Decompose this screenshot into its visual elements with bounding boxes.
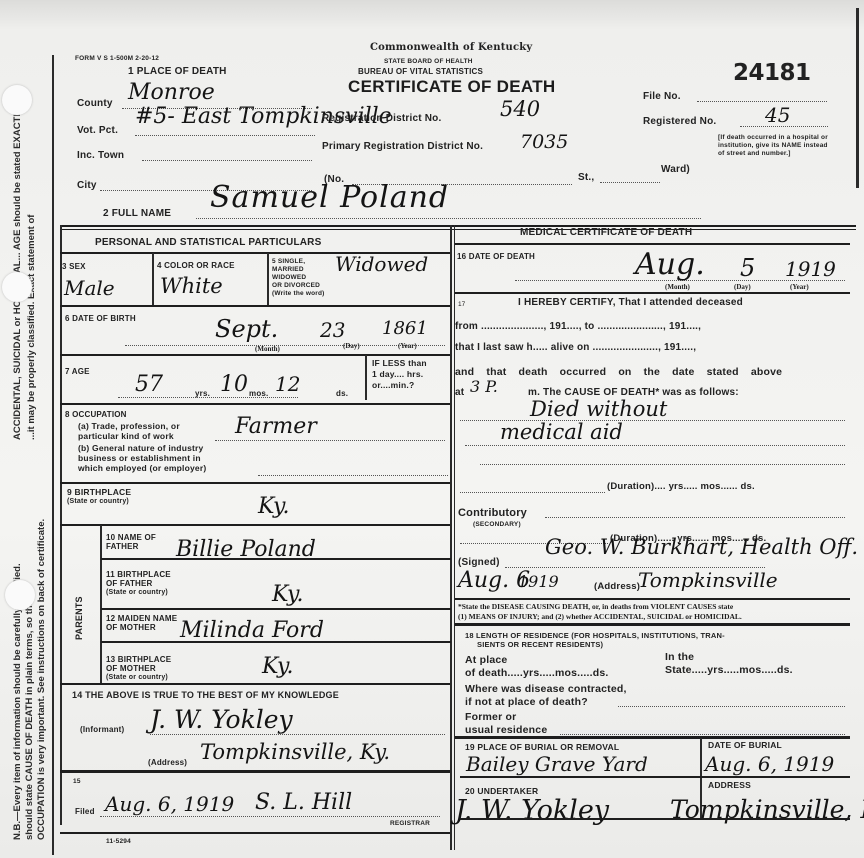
primary-registration-value: 7035	[520, 131, 568, 153]
informant-value: J. W. Yokley	[150, 705, 293, 734]
physician-address-label: (Address)	[594, 581, 640, 592]
age-days: 12	[275, 372, 300, 396]
signed-label: (Signed)	[458, 557, 500, 568]
occupation-b-label: (b) General nature of industry business …	[78, 443, 206, 473]
informant-label: (Informant)	[80, 725, 124, 734]
medical-section-title: MEDICAL CERTIFICATE OF DEATH	[520, 227, 692, 238]
city-label: City	[77, 180, 97, 191]
occupation-a-label: (a) Trade, profession, or particular kin…	[78, 421, 180, 441]
personal-section-title: PERSONAL AND STATISTICAL PARTICULARS	[95, 237, 321, 248]
cause-line-2: medical aid	[500, 420, 623, 444]
age-months: 10	[220, 372, 248, 397]
county-label: County	[77, 98, 113, 109]
right-edge	[856, 8, 859, 188]
occupation-value: Farmer	[235, 414, 317, 439]
informant-address-value: Tompkinsville, Ky.	[200, 740, 390, 764]
residence-label: 18 LENGTH OF RESIDENCE (FOR HOSPITALS, I…	[465, 631, 725, 649]
dob-label: 6 DATE OF BIRTH	[65, 314, 136, 323]
death-month: Aug.	[635, 247, 705, 282]
birthplace-label: 9 BIRTHPLACE (State or country)	[67, 488, 131, 506]
informant-address-label: (Address)	[148, 758, 187, 767]
father-name-label: 10 NAME OF FATHER	[106, 533, 156, 551]
inc-town-label: Inc. Town	[77, 150, 124, 161]
undertaker-address-label: ADDRESS	[708, 780, 751, 790]
registered-number: 45	[765, 103, 790, 127]
filed-label: Filed	[75, 807, 95, 816]
undertaker-value: J. W. Yokley	[455, 795, 609, 826]
age-label: 7 AGE	[65, 367, 90, 376]
sex-label: 3 SEX	[62, 262, 86, 271]
margin-note-top-2: ...it may be properly classified. Exact …	[26, 215, 37, 440]
age-years: 57	[135, 372, 163, 397]
death-day: 5	[740, 254, 755, 282]
mother-birthplace-label: 13 BIRTHPLACE OF MOTHER (State or countr…	[106, 655, 171, 682]
burial-date-value: Aug. 6, 1919	[705, 752, 834, 776]
attended-from-to: from ....................., 191...., to …	[455, 321, 701, 332]
form-code: 11-5294	[106, 838, 131, 845]
certificate-title: CERTIFICATE OF DEATH	[348, 77, 555, 97]
file-no-label: File No.	[643, 91, 681, 102]
margin-note-bottom-1: should state CAUSE OF DEATH in plain ter…	[24, 588, 35, 840]
filed-date: Aug. 6, 1919	[105, 792, 234, 816]
death-date-label: 16 DATE OF DEATH	[457, 252, 535, 261]
primary-registration-label: Primary Registration District No.	[322, 141, 483, 152]
dob-day: 23	[320, 318, 345, 342]
informant-statement: 14 THE ABOVE IS TRUE TO THE BEST OF MY K…	[72, 690, 339, 700]
registered-no-label: Registered No.	[643, 116, 716, 127]
burial-place-value: Bailey Grave Yard	[466, 752, 648, 776]
birthplace-value: Ky.	[258, 494, 290, 519]
residence-in-state: In the State.....yrs.....mos.....ds.	[665, 651, 793, 677]
punch-hole	[2, 85, 32, 115]
full-name-value: Samuel Poland	[210, 180, 449, 215]
mother-name-value: Milinda Ford	[180, 618, 324, 643]
father-birthplace-label: 11 BIRTHPLACE OF FATHER (State or countr…	[106, 570, 171, 597]
duration-primary: (Duration).... yrs..... mos...... ds.	[607, 481, 755, 492]
burial-date-label: DATE OF BURIAL	[708, 740, 782, 750]
left-border	[52, 55, 54, 855]
death-occurred-statement: and that death occurred on the date stat…	[455, 366, 782, 378]
dob-year: 1861	[382, 318, 428, 339]
street-label: St.,	[578, 172, 594, 183]
occupation-label: 8 OCCUPATION	[65, 410, 127, 419]
less-than-day-label: IF LESS than 1 day.... hrs. or....min.?	[372, 358, 427, 391]
form-number: FORM V S 1-500M 2-20-12	[75, 55, 159, 62]
filed-number: 15	[73, 778, 81, 785]
margin-instructions: ACCIDENTAL, SUICIDAL or HOMICIDAL... AGE…	[4, 60, 54, 840]
cause-footnote: *State the DISEASE CAUSING DEATH, or, in…	[458, 602, 742, 621]
file-number: 24181	[733, 60, 811, 86]
dob-month: Sept.	[215, 315, 278, 343]
hospital-note: [If death occurred in a hospital or inst…	[718, 134, 830, 158]
race-label: 4 COLOR OR RACE	[157, 261, 235, 270]
cause-line-1: Died without	[530, 397, 667, 421]
contributory-label: Contributory	[458, 507, 527, 519]
disease-contracted: Where was disease contracted, if not at …	[465, 683, 627, 709]
ward-label: Ward)	[661, 164, 690, 175]
signed-year: 1919	[518, 572, 559, 591]
county-value: Monroe	[128, 80, 215, 105]
registrar-name: S. L. Hill	[255, 790, 352, 815]
commonwealth-heading: Commonwealth of Kentucky	[370, 42, 532, 53]
state-board-heading: STATE BOARD OF HEALTH	[384, 58, 473, 65]
registration-district-value: 540	[500, 97, 540, 121]
burial-place-label: 19 PLACE OF BURIAL OR REMOVAL	[465, 742, 619, 752]
parents-side-label: PARENTS	[74, 596, 84, 640]
death-certificate: ACCIDENTAL, SUICIDAL or HOMICIDAL... AGE…	[0, 0, 864, 858]
certify-statement: I HEREBY CERTIFY, That I attended deceas…	[518, 297, 743, 308]
place-of-death-label: 1 PLACE OF DEATH	[128, 66, 227, 77]
death-year: 1919	[785, 257, 836, 281]
margin-note-bottom-2: OCCUPATION is very important. See instru…	[36, 519, 47, 840]
race-value: White	[160, 274, 223, 298]
death-time: 3 P.	[470, 377, 498, 396]
former-residence: Former or usual residence	[465, 711, 547, 737]
vot-pct-label: Vot. Pct.	[77, 125, 118, 136]
marital-label: 5 SINGLE, MARRIED WIDOWED OR DIVORCED (W…	[272, 258, 325, 298]
father-birthplace-value: Ky.	[272, 582, 304, 607]
punch-hole	[2, 272, 32, 302]
bureau-heading: BUREAU OF VITAL STATISTICS	[358, 67, 483, 76]
residence-at-place: At place of death.....yrs.....mos.....ds…	[465, 654, 609, 680]
marital-value: Widowed	[335, 252, 428, 276]
undertaker-address-value: Tompkinsville, Ky.	[670, 795, 864, 824]
sex-value: Male	[64, 276, 115, 300]
physician-signature: Geo. W. Burkhart, Health Off.	[545, 535, 858, 559]
registrar-label: REGISTRAR	[390, 820, 430, 827]
punch-hole	[5, 580, 35, 610]
mother-name-label: 12 MAIDEN NAME OF MOTHER	[106, 614, 177, 632]
registration-district-label: Registration District No.	[322, 113, 441, 124]
physician-address: Tompkinsville	[638, 568, 778, 592]
full-name-label: 2 FULL NAME	[103, 208, 171, 219]
mother-birthplace-value: Ky.	[262, 654, 294, 679]
last-saw-alive: that I last saw h..... alive on ........…	[455, 342, 696, 353]
